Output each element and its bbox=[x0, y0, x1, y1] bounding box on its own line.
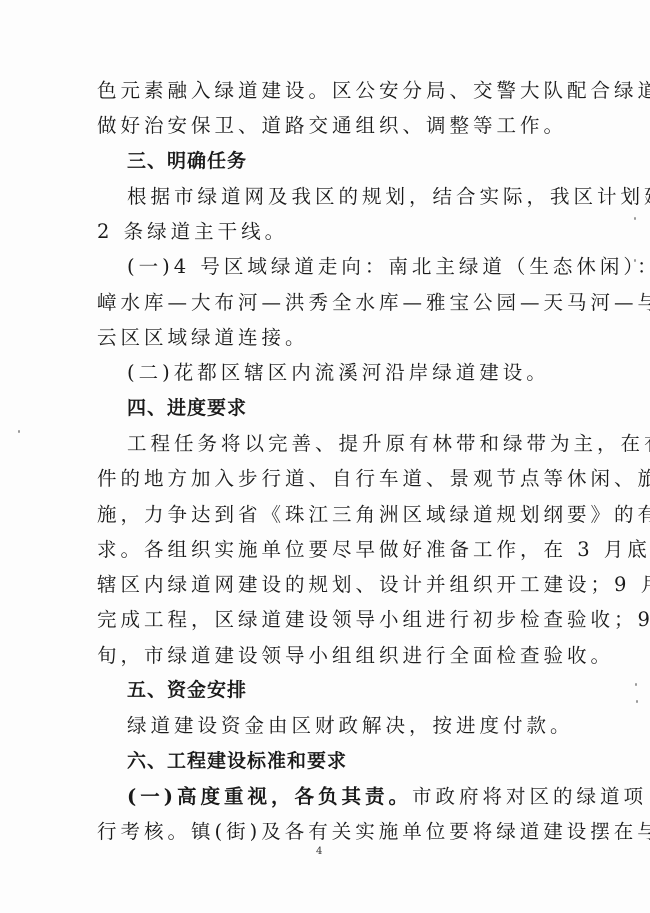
bold-lead-text: (一)高度重视，各负其责。 bbox=[127, 785, 412, 808]
paragraph-line: (二)花都区辖区内流溪河沿岸绿道建设。 bbox=[97, 355, 553, 390]
scan-speck bbox=[634, 217, 636, 220]
page-number: 4 bbox=[316, 846, 322, 857]
paragraph-line: 件的地方加入步行道、自行车道、景观节点等休闲、旅游设 bbox=[97, 461, 553, 496]
paragraph-text: 市政府将对区的绿道项目进 bbox=[412, 785, 650, 808]
paragraph-line: 嶂水库—大布河—洪秀全水库—雅宝公园—天马河—与白 bbox=[97, 285, 553, 320]
paragraph-line: 绿道建设资金由区财政解决，按进度付款。 bbox=[97, 708, 553, 743]
paragraph-line: (一)4 号区域绿道走向：南北主绿道（生态休闲）：芙蓉 bbox=[97, 249, 553, 284]
scan-speck bbox=[635, 683, 637, 686]
section-heading-6: 六、工程建设标准和要求 bbox=[97, 744, 553, 779]
section-heading-3: 三、明确任务 bbox=[97, 144, 553, 179]
paragraph-line: 色元素融入绿道建设。区公安分局、交警大队配合绿道建设 bbox=[97, 73, 553, 108]
document-body: 色元素融入绿道建设。区公安分局、交警大队配合绿道建设 做好治安保卫、道路交通组织… bbox=[97, 73, 553, 850]
paragraph-line: 求。各组织实施单位要尽早做好准备工作，在 3 月底前完成 bbox=[97, 532, 553, 567]
paragraph-line: 辖区内绿道网建设的规划、设计并组织开工建设；9 月中旬 bbox=[97, 567, 553, 602]
paragraph-line: 旬，市绿道建设领导小组组织进行全面检查验收。 bbox=[97, 638, 553, 673]
paragraph-line: 行考核。镇(街)及各有关实施单位要将绿道建设摆在与民生 bbox=[97, 814, 553, 849]
paragraph-line: 根据市绿道网及我区的规划，结合实际，我区计划建设 bbox=[97, 179, 553, 214]
scan-speck bbox=[18, 430, 20, 433]
section-heading-4: 四、进度要求 bbox=[97, 391, 553, 426]
paragraph-line: 工程任务将以完善、提升原有林带和绿带为主，在有条 bbox=[97, 426, 553, 461]
section-heading-5: 五、资金安排 bbox=[97, 673, 553, 708]
document-page: 色元素融入绿道建设。区公安分局、交警大队配合绿道建设 做好治安保卫、道路交通组织… bbox=[0, 0, 650, 913]
paragraph-line: 2 条绿道主干线。 bbox=[97, 214, 553, 249]
scan-speck bbox=[636, 700, 638, 703]
paragraph-line: 做好治安保卫、道路交通组织、调整等工作。 bbox=[97, 108, 553, 143]
paragraph-line: 云区区域绿道连接。 bbox=[97, 320, 553, 355]
scan-speck bbox=[634, 259, 636, 262]
paragraph-line: (一)高度重视，各负其责。市政府将对区的绿道项目进 bbox=[97, 779, 553, 814]
paragraph-line: 施，力争达到省《珠江三角洲区域绿道规划纲要》的有关要 bbox=[97, 497, 553, 532]
paragraph-line: 完成工程，区绿道建设领导小组进行初步检查验收；9 月下 bbox=[97, 602, 553, 637]
